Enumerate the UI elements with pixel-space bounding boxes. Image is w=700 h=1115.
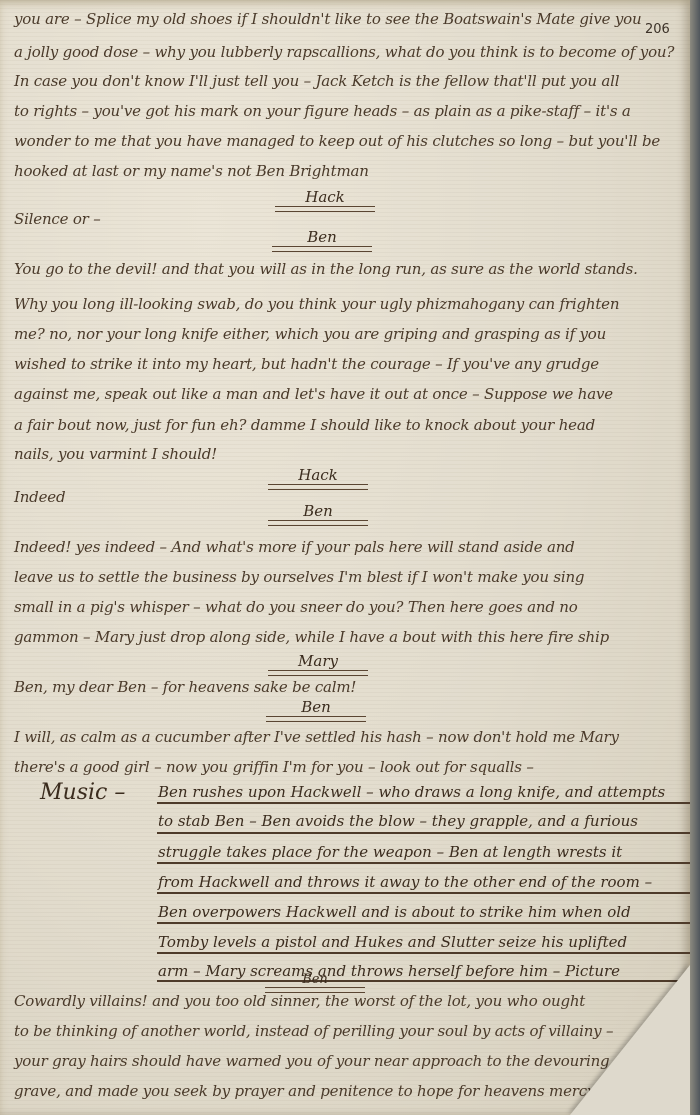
text-line: wonder to me that you have managed to ke… [14,132,660,150]
stage-rule [157,862,690,864]
stage-rule [157,922,690,924]
stage-direction-line: Ben overpowers Hackwell and is about to … [158,903,631,921]
speaker-heading: Ben [256,698,376,716]
manuscript-page: 206 you are – Splice my old shoes if I s… [0,0,690,1115]
text-line: you are – Splice my old shoes if I shoul… [14,10,641,28]
stage-rule [157,832,690,834]
text-line: Cowardly villains! and you too old sinne… [14,992,585,1010]
text-line: Silence or – [14,210,101,228]
text-line: nails, you varmint I should! [14,445,217,463]
stage-rule [157,802,690,804]
speaker-heading: Hack [258,466,378,484]
text-line: gammon – Mary just drop along side, whil… [14,628,609,646]
text-line: In case you don't know I'll just tell yo… [14,72,619,90]
text-line: Why you long ill-looking swab, do you th… [14,295,619,313]
stage-direction-line: to stab Ben – Ben avoids the blow – they… [158,812,638,830]
text-line: to rights – you've got his mark on your … [14,102,631,120]
stage-direction-line: Tomby levels a pistol and Hukes and Slut… [158,933,627,951]
text-line: I will, as calm as a cucumber after I've… [14,728,619,746]
text-line: against me, speak out like a man and let… [14,385,613,403]
stage-rule [157,892,690,894]
text-line: Ben, my dear Ben – for heavens sake be c… [14,678,356,696]
text-line: wished to strike it into my heart, but h… [14,355,599,373]
text-line: Indeed [14,488,65,506]
text-line: a jolly good dose – why you lubberly rap… [14,43,674,61]
speaker-heading: Ben [262,228,382,246]
page-edge-shadow [690,0,700,1115]
text-line: leave us to settle the business by ourse… [14,568,584,586]
speaker-heading: Mary [258,652,378,670]
text-line: You go to the devil! and that you will a… [14,260,638,278]
stage-direction-line: arm – Mary screams and throws herself be… [158,962,620,980]
stage-direction-line: struggle takes place for the weapon – Be… [158,843,622,861]
text-line: there's a good girl – now you griffin I'… [14,758,534,776]
text-line: grave, and made you seek by prayer and p… [14,1082,595,1100]
text-line: small in a pig's whisper – what do you s… [14,598,578,616]
text-line: Indeed! yes indeed – And what's more if … [14,538,575,556]
speaker-heading: Ben [255,972,375,987]
speaker-heading: Hack [265,188,385,206]
text-line: a fair bout now, just for fun eh? damme … [14,416,595,434]
page-number: 206 [645,22,670,37]
stage-rule [157,952,690,954]
speaker-heading: Ben [258,502,378,520]
stage-direction-line: from Hackwell and throws it away to the … [158,873,652,891]
text-line: hooked at last or my name's not Ben Brig… [14,162,369,180]
text-line: to be thinking of another world, instead… [14,1022,613,1040]
folded-page-corner [570,965,690,1115]
text-line: me? no, nor your long knife either, whic… [14,325,606,343]
margin-note-music: Music – [40,780,125,805]
text-line: your gray hairs should have warned you o… [14,1052,609,1070]
stage-direction-line: Ben rushes upon Hackwell – who draws a l… [158,783,665,801]
